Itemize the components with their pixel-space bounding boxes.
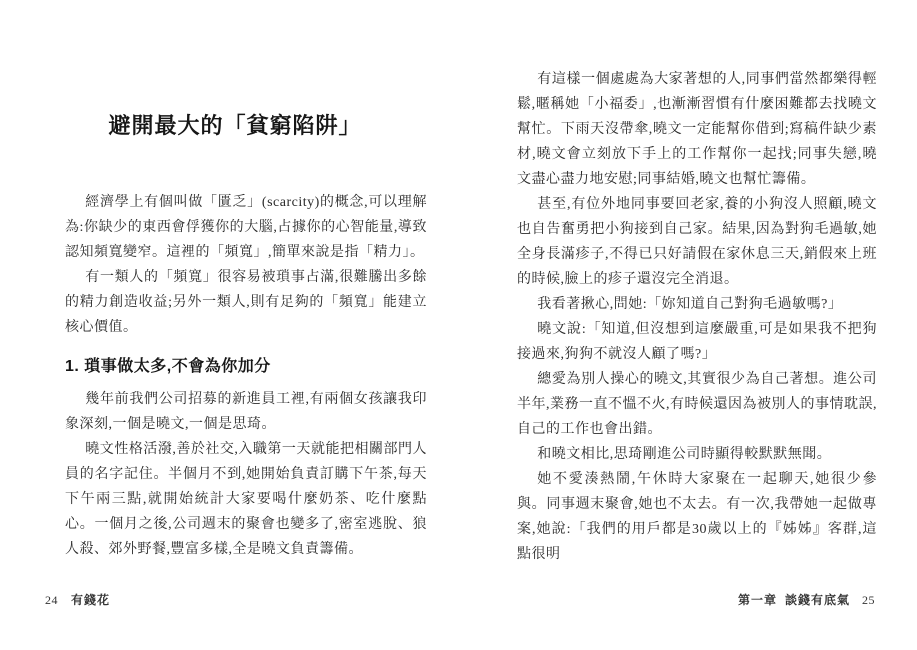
book-title: 有錢花: [71, 592, 110, 608]
left-page-footer: 24 有錢花: [45, 592, 110, 608]
right-page-text-block: 有這樣一個處處為大家著想的人,同事們當然都樂得輕鬆,暱稱她「小福委」,也漸漸習慣…: [517, 67, 877, 567]
paragraph: 有一類人的「頻寬」很容易被瑣事占滿,很難騰出多餘的精力創造收益;另外一類人,則有…: [65, 265, 427, 340]
paragraph: 和曉文相比,思琦剛進公司時顯得較默默無聞。: [517, 442, 877, 467]
page-number: 25: [862, 592, 875, 608]
paragraph: 總愛為別人操心的曉文,其實很少為自己著想。進公司半年,業務一直不慍不火,有時候還…: [517, 367, 877, 442]
paragraph: 幾年前我們公司招募的新進員工裡,有兩個女孩讓我印象深刻,一個是曉文,一個是思琦。: [65, 387, 427, 437]
chapter-title: 談錢有底氣: [785, 592, 850, 608]
paragraph: 她不愛湊熱鬧,午休時大家聚在一起聊天,她很少參與。同事週末聚會,她也不太去。有一…: [517, 467, 877, 567]
paragraph: 曉文說:「知道,但沒想到這麼嚴重,可是如果我不把狗接過來,狗狗不就沒人顧了嗎?」: [517, 317, 877, 367]
paragraph: 曉文性格活潑,善於社交,入職第一天就能把相關部門人員的名字記住。半個月不到,她開…: [65, 437, 427, 562]
paragraph: 有這樣一個處處為大家著想的人,同事們當然都樂得輕鬆,暱稱她「小福委」,也漸漸習慣…: [517, 67, 877, 192]
chapter-label: 第一章: [738, 592, 777, 608]
paragraph: 經濟學上有個叫做「匱乏」(scarcity)的概念,可以理解為:你缺少的東西會俘…: [65, 190, 427, 265]
left-page: 避開最大的「貧窮陷阱」 經濟學上有個叫做「匱乏」(scarcity)的概念,可以…: [65, 0, 427, 650]
paragraph: 甚至,有位外地同事要回老家,養的小狗沒人照顧,曉文也自告奮勇把小狗接到自己家。結…: [517, 192, 877, 292]
page-title: 避開最大的「貧窮陷阱」: [65, 109, 405, 140]
section-heading: 1. 瑣事做太多,不會為你加分: [65, 353, 427, 376]
page-number: 24: [45, 592, 58, 608]
left-page-text-block: 經濟學上有個叫做「匱乏」(scarcity)的概念,可以理解為:你缺少的東西會俘…: [65, 190, 427, 562]
paragraph: 我看著揪心,問她:「妳知道自己對狗毛過敏嗎?」: [517, 292, 877, 317]
right-page: 有這樣一個處處為大家著想的人,同事們當然都樂得輕鬆,暱稱她「小福委」,也漸漸習慣…: [517, 0, 877, 650]
right-page-footer: 第一章 談錢有底氣 25: [738, 592, 875, 608]
